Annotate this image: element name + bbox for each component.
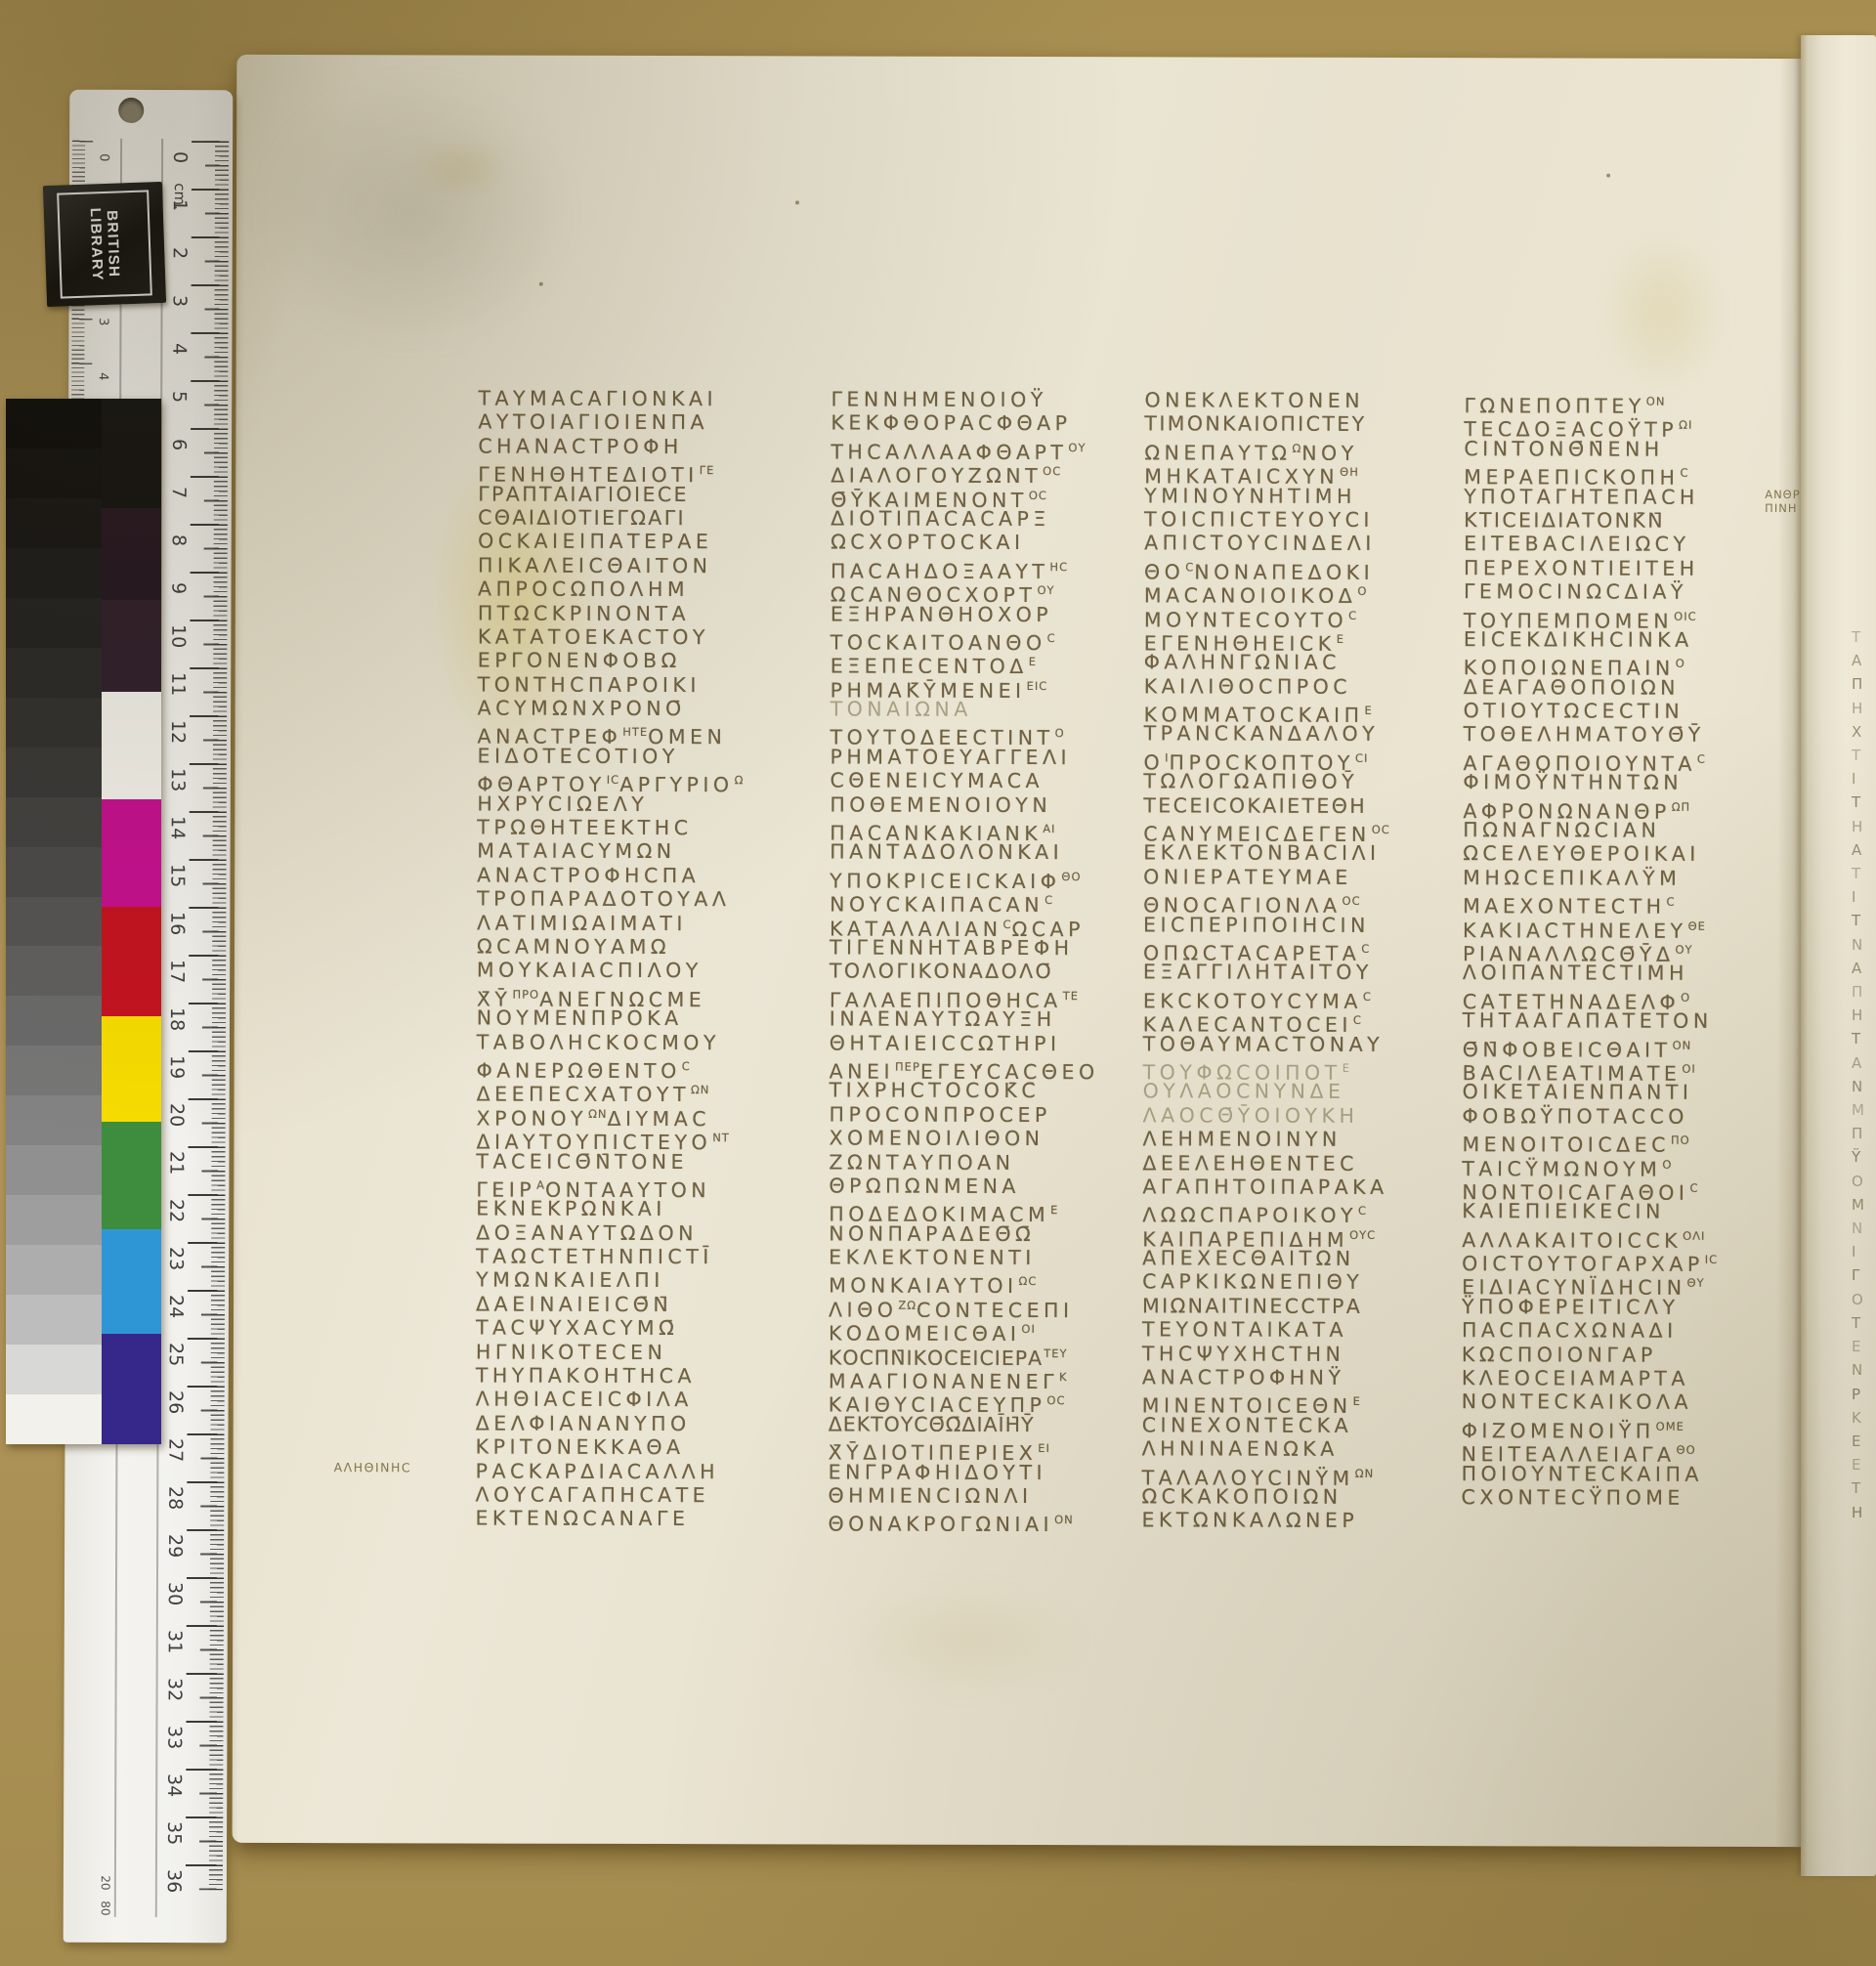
text-line: ϹΑΝΥΜΕΙϹΔΕΓΕΝΟϹ <box>1143 817 1390 841</box>
text-line: ΩΝΕΠΑΥΤΩΩΝΟΥ <box>1144 436 1391 460</box>
superscript-correction: ΕΙ <box>1038 1441 1050 1455</box>
text-line: ΜΑϹΑΝΟΙΟΙΚΟΔΟ <box>1144 578 1391 603</box>
color-patch <box>102 508 161 600</box>
ruler-cm-number: 29 <box>164 1531 186 1560</box>
superscript-correction: ΕΙϹ <box>1027 679 1048 693</box>
text-line: ΘΡΩΠΩΝΜΕΝΑ <box>829 1174 1098 1198</box>
text-line: ΤΡΟΠΑΡΑΔΟΤΟΥΑΛ <box>477 887 744 912</box>
ruler-cm-number: 13 <box>167 765 189 794</box>
text-line: ΘΝΟϹΑΓΙΟΝΛΑΟϹ <box>1143 889 1390 914</box>
facing-page-letter: Ν <box>1852 1217 1864 1240</box>
grayscale-patch <box>6 748 102 797</box>
superscript-correction: Κ <box>1059 1370 1068 1384</box>
text-line: ΑΝΕΙΠΕΡΕΓΕΥϹΑϹΘΕΟ <box>830 1054 1099 1079</box>
text-line: ΚΩϹΠΟΙΟΝΓΑΡ <box>1462 1343 1718 1367</box>
superscript-correction: Ϲ <box>1348 608 1357 621</box>
text-line: ΕΙϹΕΚΔΙΚΗϹΙΝΚΑ <box>1464 627 1720 652</box>
text-line: ΠΤΩϹΚΡΙΝΟΝΤΑ <box>478 601 745 625</box>
text-line: ΠΑϹΠΑϹΧΩΝΑΔΙ <box>1462 1318 1718 1343</box>
facing-page-letter: Ν <box>1852 933 1864 957</box>
text-line: ΜΕΝΟΙΤΟΙϹΔΕϹΠΟ <box>1462 1128 1718 1152</box>
facing-page-letter: Ε <box>1852 1335 1864 1358</box>
facing-page-letter: Τ <box>1852 744 1864 767</box>
text-line: ϹΑΡΚΙΚΩΝΕΠΙΘΥ <box>1142 1270 1389 1295</box>
facing-page-letter: Π <box>1852 1122 1864 1145</box>
text-line: ΡΗΜΑΤΟΕΥΑΓΓΕΛΙ <box>830 745 1099 769</box>
grayscale-patch <box>6 946 102 996</box>
text-line: ΥΜΙΝΟΥΝΗΤΙΜΗ <box>1144 484 1391 508</box>
facing-page-letter: Α <box>1852 838 1864 862</box>
text-line: ΚΑΤΑΛΑΛΙΑΝϹΩϹΑΡ <box>830 912 1099 936</box>
superscript-correction: ΟϹ <box>1046 1393 1065 1407</box>
text-line: ΚΑΙΠΑΡΕΠΙΔΗΜΟΥϹ <box>1142 1222 1389 1247</box>
text-line: ΤΙΓΕΝΝΗΤΑΒΡΕΦΗ <box>830 935 1099 960</box>
text-line: ΜΑΕΧΟΝΤΕϹΤΗϹ <box>1463 889 1719 914</box>
text-line: ΝΟΝΠΑΡΑΔΕΘ̄Ω̄ <box>829 1221 1098 1246</box>
text-line: ΚΑΤΑΤΟΕΚΑϹΤΟΥ <box>478 624 745 649</box>
text-line: ΔΙΟΤΙΠΑϹΑϹΑΡΞ <box>831 506 1100 531</box>
facing-page-letter: Ν <box>1852 1358 1864 1382</box>
text-line: ΖΩΝΤΑΥΠΟΑΝ <box>829 1150 1098 1175</box>
ruler-cm-number: 36 <box>163 1866 185 1896</box>
text-line: ΤΟϹΚΑΙΤΟΑΝΘΟϹ <box>831 625 1100 650</box>
grayscale-patch <box>6 996 102 1046</box>
facing-page-letter: Π <box>1852 980 1864 1004</box>
text-line: ΔΟΞΑΝΑΥΤΩΔΟΝ <box>476 1220 743 1245</box>
superscript-correction: Ϲ <box>1358 1204 1367 1218</box>
text-line: ΕΚΛΕΚΤΟΝΒΑϹΙΛΙ <box>1143 841 1390 866</box>
text-line: ΚΕΚΦΘΟΡΑϹΦΘΑΡ <box>831 411 1100 436</box>
facing-page-letter: Η <box>1852 1004 1864 1027</box>
ruler-cm-number: 9 <box>167 574 189 603</box>
ruler-cm-number: 32 <box>164 1675 186 1704</box>
superscript-correction: ΩΙ <box>1679 418 1692 432</box>
text-line: ΚΑΚΙΑϹΤΗΝΕΛΕΥΘΕ <box>1463 914 1719 938</box>
text-line: ΤΟΝΑΙΩΝΑ <box>831 698 1100 722</box>
text-line: ΦΘΑΡΤΟΥΙϹΑΡΓΥΡΙΟΩ <box>477 768 744 792</box>
ruler-cm-number: 15 <box>166 861 188 890</box>
ruler-cm-number: 30 <box>164 1579 186 1608</box>
text-line: ΒΑϹΙΛΕΑΤΙΜΑΤΕΟΙ <box>1463 1056 1719 1081</box>
text-line: ΤΟΝΤΗϹΠΑΡΟΙΚΙ <box>478 672 745 697</box>
ruler-cm-number: 5 <box>168 382 190 411</box>
superscript-correction: ΩΝ <box>1355 1466 1374 1479</box>
text-line: ΤΟΛΟΓΙΚΟΝΑΔΟΛΟ̄ <box>830 960 1099 984</box>
text-line: ΝΟΝΤΟΙϹΑΓΑΘΟΙϹ <box>1462 1175 1718 1200</box>
color-patch <box>102 692 161 799</box>
text-line: ΑΝΑϹΤΡΟΦΗϹΠΑ <box>477 863 744 887</box>
text-line: ΛΙΘΟΖΩϹΟΝΤΕϹΕΠΙ <box>829 1293 1098 1317</box>
ruler-cm-number: 20 <box>166 1100 188 1130</box>
text-line: ΥΠΟΤΑΓΗΤΕΠΑϹΗ <box>1464 485 1720 509</box>
superscript-correction: Ε <box>1365 704 1373 717</box>
text-column-2: ΓΕΝΝΗΜΕΝΟΙΟΫΚΕΚΦΘΟΡΑϹΦΘΑΡΤΗϹΑΛΛΑΑΦΘΑΡΤΟΥ… <box>828 387 1100 1531</box>
facing-page-letter: Ρ <box>1852 1383 1864 1406</box>
ruler-cm-number: 26 <box>165 1388 187 1417</box>
text-line: ΛΑΟϹΘ̄ῩΟΙΟΥΚΗ <box>1143 1103 1390 1128</box>
text-line: ΑΦΡΟΝΩΝΑΝΘΡΩΠ <box>1463 794 1719 819</box>
text-line: ΜΙΝΕΝΤΟΙϹΕΘΝΕ <box>1142 1389 1389 1414</box>
ruler-cm-number: 19 <box>166 1052 188 1082</box>
parchment-stain <box>1599 230 1726 396</box>
label-line-2: LIBRARY <box>87 207 107 281</box>
text-line: ΑΠΕΧΕϹΘΑΙΤΩΝ <box>1142 1246 1389 1270</box>
superscript-correction: Ω <box>1292 441 1301 454</box>
superscript-correction: ΟΥ <box>1675 943 1692 957</box>
superscript-correction: Ο <box>1676 657 1685 670</box>
text-line: ΛΟΥϹΑΓΑΠΗϹΑΤΕ <box>476 1483 743 1508</box>
text-line: ΚΟϹΠ̄Ν̄ΙΚΟϹΕΙϹΙΕΡΑΤΕΥ <box>829 1341 1098 1365</box>
ruler-cm-number: 31 <box>164 1627 186 1656</box>
ruler-cm-number: 3 <box>169 286 191 316</box>
grayscale-patch <box>6 548 102 598</box>
text-line: Χ̄ῩΔΙΟΤΙΠΕΡΙΕΧΕΙ <box>829 1436 1098 1461</box>
text-line: ΤΗΤΑΑΓΑΠΑΤΕΤΟΝ <box>1463 1008 1719 1033</box>
text-line: ΑΝΑϹΤΡΟΦΗΝΫ <box>1142 1365 1389 1389</box>
ruler-cm-number: 1 <box>169 191 191 220</box>
text-line: ΡΗΜΑΚ̄ῩΜΕΝΕΙΕΙϹ <box>831 673 1100 698</box>
text-line: ΔΕΕΠΕϹΧΑΤΟΥΤΩΝ <box>477 1078 744 1102</box>
text-line: ΜΟΝΚΑΙΑΥΤΟΙΩϹ <box>829 1269 1098 1294</box>
facing-page-letter: Ι <box>1852 1240 1864 1263</box>
facing-page-letter: Ν <box>1852 1075 1864 1098</box>
text-line: ΤΑΩϹΤΕΤΗΝΠΙϹΤῙ <box>476 1245 743 1269</box>
text-line: ΕΞΑΓΓΙΛΗΤΑΙΤΟΥ <box>1143 961 1390 985</box>
text-line: ΦΟΒΩΫΠΟΤΑϹϹΟ <box>1463 1104 1719 1129</box>
superscript-correction: Ϲ <box>1047 631 1056 645</box>
text-line: ΚΡΙΤΟΝΕΚΚΑΘΑ <box>476 1435 743 1460</box>
superscript-correction: ΤΕΥ <box>1044 1346 1067 1360</box>
ruler-hole <box>118 98 144 123</box>
color-patch <box>102 1229 161 1334</box>
text-line: ΔΕΛΦΙΑΝΑΝΥΠΟ <box>476 1411 743 1435</box>
facing-page-letter: Τ <box>1852 862 1864 885</box>
ruler-cm-number: 11 <box>167 669 189 699</box>
ink-speck <box>1606 174 1610 178</box>
superscript-correction: ΟΥϹ <box>1349 1228 1376 1242</box>
facing-page-letter: Τ <box>1852 625 1864 649</box>
parchment-stain <box>838 1581 1092 1699</box>
ruler-cm-number: 12 <box>167 717 189 747</box>
ruler-code-top: 20 <box>99 1870 112 1896</box>
text-line: ΛΕΗΜΕΝΟΙΝΥΝ <box>1142 1127 1389 1151</box>
ink-speck <box>539 282 543 286</box>
text-line: ΤΕΥΟΝΤΑΙΚΑΤΑ <box>1142 1318 1389 1343</box>
superscript-correction: Α <box>536 1178 545 1192</box>
text-line: ΜΑΑΓΙΟΝΑΝΕΝΕΓΚ <box>829 1364 1098 1389</box>
superscript-correction: ΘΟ <box>1677 1443 1696 1457</box>
ruler-left-numbers: 01234121314151634 <box>69 90 233 91</box>
ruler-cm-number: 27 <box>164 1435 186 1465</box>
text-line: ΕΙΔΙΑϹΥΝΪΔΗϹΙΝΘΥ <box>1462 1271 1718 1296</box>
superscript-correction: ΟΝ <box>1054 1513 1074 1526</box>
text-line: ΜΙΩΝΑΙΤΙΝΕϹϹΤΡΑ <box>1142 1294 1389 1318</box>
grayscale-patches <box>6 399 102 1444</box>
superscript-correction: Ϲ <box>1689 1181 1698 1195</box>
text-line: ΛΟΙΠΑΝΤΕϹΤΙΜΗ <box>1463 962 1719 986</box>
color-patch <box>102 1122 161 1229</box>
color-patch <box>102 907 161 1016</box>
text-line: ΤΟΙϹΠΙϹΤΕΥΟΥϹΙ <box>1144 507 1391 532</box>
text-line: ΔΕΕΛΕΗΘΕΝΤΕϹ <box>1142 1151 1389 1175</box>
text-line: ΘΗΜΙΕΝϹΙΩΝΛΙ <box>829 1483 1098 1508</box>
manuscript-page: ΤΑΥΜΑϹΑΓΙΟΝΚΑΙΑΥΤΟΙΑΓΙΟΙΕΝΠΑϹΗΑΝΑϹΤΡΟΦΗΓ… <box>233 55 1815 1847</box>
ruler-cm-number: 7 <box>168 478 190 507</box>
superscript-correction: ΘΗ <box>1340 465 1359 479</box>
facing-page-letter: Α <box>1852 957 1864 980</box>
superscript-correction: Ϲ <box>1667 895 1676 909</box>
facing-page-text-sliver: ΤΑΠΗΧΤΙΤΗΑΤΙΤΝΑΠΗΤΑΝΜΠΫΟΜΝΙΓΟΤΕΝΡΚΕΕΤΗ <box>1852 625 1864 1524</box>
facing-page-letter: Ι <box>1852 767 1864 791</box>
text-line: ΜΟΥΚΑΙΑϹΠΙΛΟΥ <box>477 959 744 983</box>
text-line: ΤΟΥΠΕΜΠΟΜΕΝΟΙϹ <box>1464 604 1720 628</box>
superscript-correction: Ι <box>1165 750 1169 764</box>
facing-page-letter: Η <box>1852 815 1864 838</box>
text-line: ΛΗΘΙΑϹΕΙϹΦΙΛΑ <box>476 1388 743 1412</box>
text-line: ΤΗϹΨΥΧΗϹΤΗΝ <box>1142 1342 1389 1366</box>
text-line: ΑΓΑΘΟΠΟΙΟΥΝΤΑϹ <box>1463 747 1719 771</box>
text-line: ΟΤΙΟΥΤΩϹΕϹΤΙΝ <box>1464 699 1720 723</box>
text-line: ΠΩΝΑΓΝΩϹΙΑΝ <box>1463 818 1719 842</box>
label-line-1: BRITISH <box>104 207 123 281</box>
text-line: ΕΡΓΟΝΕΝΦΟΒΩ <box>478 649 745 673</box>
text-line: ΕΓΕΝΗΘΗΕΙϹΚΕ <box>1144 626 1391 651</box>
color-patch <box>102 600 161 692</box>
facing-page-letter: Χ <box>1852 720 1864 744</box>
text-line: ΦΙΜΟΫΝΤΗΝΤΩΝ <box>1463 770 1719 794</box>
text-line: ΟΥΛΑΟϹΝΥΝΔΕ <box>1143 1080 1390 1104</box>
text-line: ΩϹΧΟΡΤΟϹΚΑΙ <box>831 531 1100 555</box>
text-line: ΕΙΤΕΒΑϹΙΛΕΙΩϹΥ <box>1464 533 1720 557</box>
superscript-correction: ΘΕ <box>1688 919 1706 932</box>
text-line: ΓΕΝΗΘΗΤΕΔΙΟΤΙΓΕ <box>478 458 745 483</box>
grayscale-patch <box>6 847 102 897</box>
ruler-left-number: 3 <box>96 309 110 334</box>
text-column-1: ΤΑΥΜΑϹΑΓΙΟΝΚΑΙΑΥΤΟΙΑΓΙΟΙΕΝΠΑϹΗΑΝΑϹΤΡΟΦΗΓ… <box>475 387 745 1531</box>
text-line: ΡΑϹΚΑΡΔΙΑϹΑΛΛΗ <box>476 1459 743 1483</box>
grayscale-patch <box>6 1245 102 1295</box>
text-line: ΜΕΡΑΕΠΙϹΚΟΠΗϹ <box>1464 460 1720 485</box>
text-line: ΔΕΑΓΑΘΟΠΟΙΩΝ <box>1464 675 1720 700</box>
superscript-correction: Ε <box>1029 655 1037 668</box>
text-line: ΝΟΝΤΕϹΚΑΙΚΟΛΑ <box>1462 1390 1718 1415</box>
facing-page-letter: Τ <box>1852 1311 1864 1335</box>
text-line: ΜΑΤΑΙΑϹΥΜΩΝ <box>477 839 744 864</box>
text-line: ΛΑΤΙΜΙΩΑΙΜΑΤΙ <box>477 911 744 935</box>
text-line: Θ̄Ν̄ΦΟΒΕΙϹΘΑΙΤΟΝ <box>1463 1033 1719 1057</box>
superscript-correction: ΟΥ <box>1037 583 1054 597</box>
text-line: ΑΓΑΠΗΤΟΙΠΑΡΑΚΑ <box>1142 1175 1389 1199</box>
ruler-cm-number: 8 <box>168 526 190 555</box>
grayscale-patch <box>6 698 102 748</box>
text-line: ΛΗΝΙΝΑΕΝΩΚΑ <box>1142 1437 1389 1462</box>
facing-page-letter: Ε <box>1852 1453 1864 1476</box>
superscript-correction: Ϲ <box>1353 1013 1362 1027</box>
text-line: ΓΩΝΕΠΟΠΤΕΥΟΝ <box>1464 389 1720 413</box>
text-line: ΩϹΕΛΕΥΘΕΡΟΙΚΑΙ <box>1463 842 1719 867</box>
text-line: ϹΑΤΕΤΗΝΑΔΕΛΦΟ <box>1463 985 1719 1009</box>
text-line: ΑΝΑϹΤΡΕΦΗΤΕΟΜΕΝ <box>478 720 745 745</box>
grayscale-patch <box>6 498 102 548</box>
color-patch <box>102 1334 161 1444</box>
ruler-cm-number: 24 <box>165 1292 187 1321</box>
grayscale-patch <box>6 1095 102 1145</box>
text-column-4: ΓΩΝΕΠΟΠΤΕΥΟΝΤΕϹΔΟΞΑϹΟΫΤΡΩΙϹΙΝΤΟΝΘ̄Ν̄ΕΝΗΜ… <box>1462 389 1721 1510</box>
text-line: ΔΑΕΙΝΑΙΕΙϹΘ̄Ν̄ <box>476 1292 743 1316</box>
superscript-correction: ΟΙ <box>1021 1322 1035 1336</box>
text-column-3: ΟΝΕΚΛΕΚΤΟΝΕΝΤΙΜΟΝΚΑΙΟΠΙϹΤΕΥΩΝΕΠΑΥΤΩΩΝΟΥΜ… <box>1141 388 1391 1532</box>
text-line: ΠΙΚΑΛΕΙϹΘΑΙΤΟΝ <box>478 553 745 577</box>
ruler-cm-number: 28 <box>164 1483 186 1513</box>
ruler-cm-number: 17 <box>166 957 188 986</box>
text-line: ΤΟΥΤΟΔΕΕϹΤΙΝΤΟ <box>831 721 1100 746</box>
british-library-label: BRITISH LIBRARY <box>43 182 166 307</box>
superscript-correction: Ο <box>1055 727 1065 741</box>
text-line: ΔΙΑΥΤΟΥΠΙϹΤΕΥΟΝΤ <box>476 1126 743 1150</box>
facing-page-letter: Μ <box>1852 1098 1864 1122</box>
superscript-correction: Ϲ <box>1697 752 1706 766</box>
text-line: ΧΟΜΕΝΟΙΛΙΘΟΝ <box>829 1127 1098 1151</box>
text-line: ΤΙΜΟΝΚΑΙΟΠΙϹΤΕΥ <box>1144 412 1391 437</box>
color-patches <box>102 399 161 1444</box>
text-line: ΤΑΥΜΑϹΑΓΙΟΝΚΑΙ <box>478 387 745 411</box>
facing-page-edge: ΤΑΠΗΧΤΙΤΗΑΤΙΤΝΑΠΗΤΑΝΜΠΫΟΜΝΙΓΟΤΕΝΡΚΕΕΤΗ <box>1801 35 1876 1876</box>
text-line: ΚΑΙΘΥϹΙΑϹΕΥΠΡΟϹ <box>829 1389 1098 1413</box>
facing-page-letter: Ι <box>1852 885 1864 909</box>
text-line: ΩϹΑΝΘΟϹΧΟΡΤΟΥ <box>831 578 1100 603</box>
ruler-cm-number: 25 <box>165 1340 187 1369</box>
text-line: ΤΗΥΠΑΚΟΗΤΗϹΑ <box>476 1364 743 1389</box>
text-line: ΦΙΖΟΜΕΝΟΙΫΠΟΜΕ <box>1462 1414 1718 1438</box>
superscript-correction: ΟΜΕ <box>1656 1419 1684 1432</box>
facing-page-letter: Ϋ <box>1852 1145 1864 1169</box>
superscript-correction: Ϲ <box>1185 560 1194 574</box>
ruler-code-bottom: 80 <box>99 1896 112 1921</box>
text-line: ΑΠΙϹΤΟΥϹΙΝΔΕΛΙ <box>1144 532 1391 556</box>
ruler-cm-number: 21 <box>165 1148 187 1177</box>
superscript-correction: ΙϹ <box>607 773 619 787</box>
ruler-cm-numbers: 0123456789101112131415161718192021222324… <box>69 90 233 91</box>
superscript-correction: ΟϹ <box>1043 464 1061 478</box>
superscript-correction: ΝΤ <box>712 1131 730 1144</box>
text-line: ΓΡΑΠΤΑΙΑΓΙΟΙΕϹΕ <box>478 482 745 506</box>
superscript-correction: ΟΥ <box>1068 441 1086 454</box>
superscript-correction: ΤΕ <box>1063 989 1079 1003</box>
ruler-cm-number: 35 <box>163 1818 185 1848</box>
facing-page-letter: Π <box>1852 672 1864 696</box>
text-line: ΚΤΙϹΕΙΔΙΑΤΟΝΚ̄Ν̄ <box>1464 508 1720 533</box>
text-line: ΕΞΗΡΑΝΘΗΟΧΟΡ <box>831 602 1100 626</box>
ruler-left-number: 4 <box>96 363 110 389</box>
text-line: ΑΛΛΑΚΑΙΤΟΙϹϹΚΟΛΙ <box>1462 1223 1718 1248</box>
text-line: ΦΑΝΕΡΩΘΕΝΤΟϹ <box>477 1053 744 1078</box>
ink-speck <box>795 200 799 204</box>
superscript-correction: ΓΕ <box>700 463 715 477</box>
ruler-cm-number: 6 <box>168 430 190 459</box>
superscript-correction: Ε <box>1337 632 1344 646</box>
superscript-correction: Ο <box>1662 1157 1672 1171</box>
text-line: ΑΠΡΟϹΩΠΟΛΗΜ <box>478 577 745 602</box>
text-line: ΛΩΩϹΠΑΡΟΙΚΟΥϹ <box>1142 1199 1389 1223</box>
text-line: ΓΑΛΑΕΠΙΠΟΘΗϹΑΤΕ <box>830 983 1099 1007</box>
text-line: ϹΧΟΝΤΕϹΫΠΟΜΕ <box>1462 1485 1718 1510</box>
ruler-cm-number: 10 <box>167 621 189 651</box>
superscript-correction: ΩϹ <box>1019 1274 1038 1288</box>
text-line: ΤΟΘΕΛΗΜΑΤΟΥΘ̄Ῡ <box>1464 723 1720 748</box>
ruler-cm-number: 33 <box>163 1723 185 1752</box>
superscript-correction: ΩΠ <box>1672 799 1690 813</box>
facing-page-letter: Α <box>1852 1051 1864 1075</box>
superscript-correction: Ω <box>735 773 745 787</box>
text-line: ΕΚΤΕΝΩϹΑΝΑΓΕ <box>475 1507 742 1531</box>
text-line: ΘΟΝΑΚΡΟΓΩΝΙΑΙΟΝ <box>828 1508 1097 1532</box>
ruler-cm-number: 34 <box>163 1771 185 1800</box>
superscript-correction: ΙϹ <box>1705 1253 1718 1266</box>
facing-page-letter: Κ <box>1852 1406 1864 1430</box>
ruler-cm-number: 22 <box>165 1196 187 1225</box>
text-line: ΝΕΙΤΕΑΛΛΕΙΑΓΑΘΟ <box>1462 1437 1718 1462</box>
text-line: ΚΟΜΜΑΤΟϹΚΑΙΠΕ <box>1144 698 1391 722</box>
text-line: ΠΟΘΕΜΕΝΟΙΟΥΝ <box>830 792 1099 817</box>
text-line: ΕΙϹΠΕΡΙΠΟΙΗϹΙΝ <box>1143 913 1390 937</box>
label-text: BRITISH LIBRARY <box>87 207 123 281</box>
text-line: ΤΕϹΔΟΞΑϹΟΫΤΡΩΙ <box>1464 413 1720 438</box>
text-line: ΜΟΥΝΤΕϹΟΥΤΟϹ <box>1144 603 1391 627</box>
ruler-cm-number: 14 <box>167 813 189 842</box>
grayscale-patch <box>6 1145 102 1195</box>
superscript-correction: ΩΝ <box>588 1107 607 1121</box>
superscript-correction: ΗϹ <box>1049 560 1068 574</box>
facing-page-letter: Η <box>1852 1501 1864 1524</box>
superscript-correction: ΑΙ <box>1043 822 1055 835</box>
superscript-correction: Ϲ <box>1680 466 1688 480</box>
text-line: ϹΙΝΕΧΟΝΤΕϹΚΑ <box>1142 1413 1389 1437</box>
manuscript-photo: ΤΑΥΜΑϹΑΓΙΟΝΚΑΙΑΥΤΟΙΑΓΙΟΙΕΝΠΑϹΗΑΝΑϹΤΡΟΦΗΓ… <box>0 0 1876 1966</box>
ruler-cm-number: 4 <box>168 334 190 363</box>
facing-page-letter: Τ <box>1852 1476 1864 1500</box>
text-line: ΘΗΤΑΙΕΙϹϹΩΤΗΡΙ <box>830 1031 1099 1055</box>
text-line: ΠΟΙΟΥΝΤΕϹΚΑΙΠΑ <box>1462 1462 1718 1486</box>
superscript-correction: ΩΝ <box>691 1083 709 1096</box>
grayscale-patch <box>6 1046 102 1095</box>
ruler-cm-number: 0 <box>169 143 191 172</box>
text-line: ΠΑϹΑΗΔΟΞΑΑΥΤΗϹ <box>831 554 1100 578</box>
text-line: ΟΝΕΚΛΕΚΤΟΝΕΝ <box>1144 388 1391 412</box>
color-patch <box>102 1016 161 1122</box>
facing-page-letter: Ο <box>1852 1170 1864 1193</box>
superscript-correction: ΘΟ <box>1061 870 1081 883</box>
superscript-correction: ΗΤΕ <box>622 725 648 739</box>
facing-page-letter: Τ <box>1852 791 1864 814</box>
text-line: ΕΚΤΩΝΚΑΛΩΝΕΡ <box>1141 1509 1388 1533</box>
ruler-cm-number: 23 <box>165 1244 187 1273</box>
text-line: ΤΑΒΟΛΗϹΚΟϹΜΟΥ <box>477 1030 744 1054</box>
text-line: ΠΕΡΕΧΟΝΤΙΕΙΤΕΗ <box>1464 556 1720 580</box>
text-line: Θ̄ῩΚΑΙΜΕΝΟΝΤΟϹ <box>831 483 1100 507</box>
grayscale-patch <box>6 598 102 648</box>
superscript-correction: ΠΟ <box>1671 1133 1690 1147</box>
facing-page-letter: Ο <box>1852 1288 1864 1311</box>
text-line: ΕΝΓΡΑΦΗΙΔΟΥΤΙ <box>829 1460 1098 1484</box>
text-line: ϹΘΕΝΕΙϹΥΜΑϹΑ <box>830 769 1099 793</box>
superscript-correction: Ε <box>1353 1394 1361 1408</box>
text-line: ΔΕΚΤΟΥϹΘ̄Ω̄ΔΙΑῙΗ̄Ῡ <box>829 1412 1098 1436</box>
text-line: ΕΚϹΚΟΤΟΥϹΥΜΑϹ <box>1143 984 1390 1008</box>
superscript-correction: ΟϹ <box>1372 823 1390 836</box>
text-line: ΚΛΕΟϹΕΙΑΜΑΡΤΑ <box>1462 1366 1718 1390</box>
text-line: ΟΝΙΕΡΑΤΕΥΜΑΕ <box>1143 865 1390 889</box>
text-line: ΤΗϹΑΛΛΑΑΦΘΑΡΤΟΥ <box>831 435 1100 459</box>
